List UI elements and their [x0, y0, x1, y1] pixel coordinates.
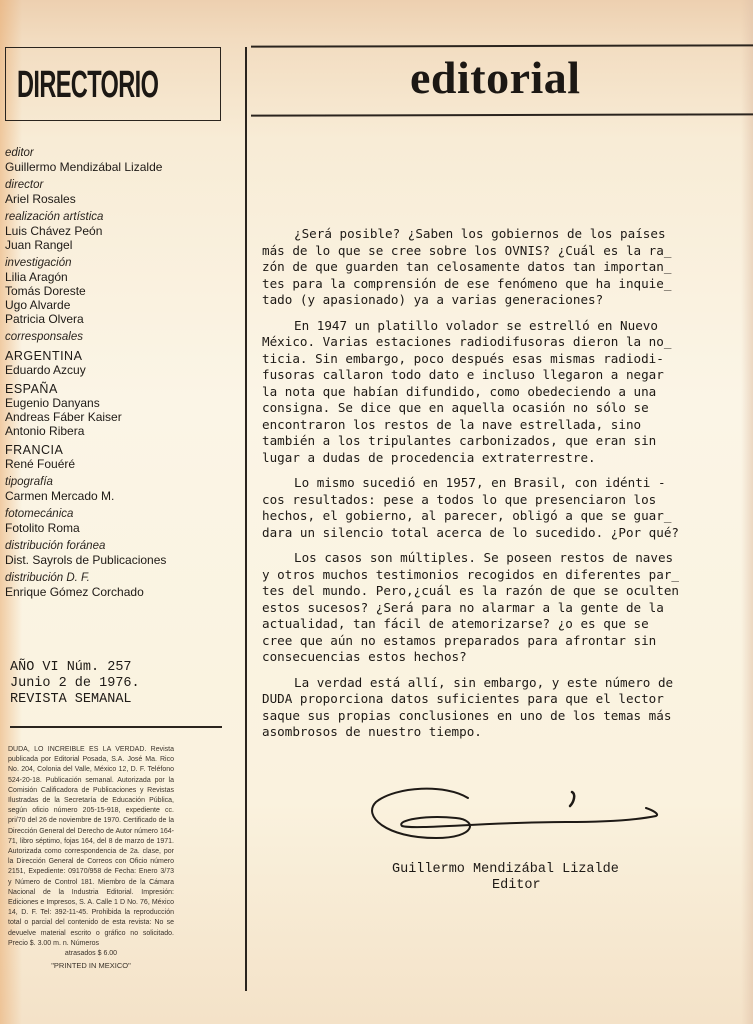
text-line: también a los tripulantes carbonizados, …: [230, 433, 722, 450]
staff-role: investigación: [5, 257, 235, 270]
staff-role: director: [5, 179, 235, 192]
staff-group: distribución foráneaDist. Sayrols de Pub…: [5, 540, 235, 567]
editorial-body: ¿Será posible? ¿Saben los gobiernos de l…: [262, 226, 722, 750]
issue-rule: [10, 726, 222, 728]
staff-name: Juan Rangel: [5, 238, 235, 252]
text-line: Los casos son múltiples. Se poseen resto…: [262, 550, 722, 567]
directorio-title: DIRECTORIO: [17, 66, 158, 104]
text-line: más de lo que se cree sobre los OVNIS? ¿…: [230, 243, 722, 260]
staff-group: investigaciónLilia AragónTomás DoresteUg…: [5, 257, 235, 326]
issue-info: AÑO VI Núm. 257 Junio 2 de 1976. REVISTA…: [10, 660, 140, 708]
signer-name: Guillermo Mendizábal Lizalde: [392, 862, 619, 878]
staff-name: Ugo Alvarde: [5, 298, 235, 312]
text-line: ticia. Sin embargo, poco después esas mi…: [230, 351, 722, 368]
editorial-top-rule: [251, 44, 753, 47]
text-line: asombrosos de nuestro tiempo.: [230, 724, 722, 741]
staff-name: Tomás Doreste: [5, 284, 235, 298]
text-line: encontraron los restos de la nave estrel…: [230, 417, 722, 434]
text-line: México. Varias estaciones radiodifusoras…: [230, 334, 722, 351]
text-line: La verdad está allí, sin embargo, y este…: [262, 675, 722, 692]
text-line: estos sucesos? ¿Será para no alarmar a l…: [230, 600, 722, 617]
staff-directory: editorGuillermo Mendizábal Lizaldedirect…: [5, 147, 235, 604]
text-line: la nota que habían difundido, como obede…: [230, 384, 722, 401]
editorial-paragraph: Los casos son múltiples. Se poseen resto…: [262, 550, 722, 666]
country-label: FRANCIA: [5, 443, 235, 457]
staff-group: ARGENTINAEduardo Azcuy: [5, 349, 235, 377]
text-line: dara un silencio total acerca de lo suce…: [230, 525, 722, 542]
editorial-bottom-rule: [251, 113, 753, 116]
text-line: ¿Será posible? ¿Saben los gobiernos de l…: [262, 226, 722, 243]
staff-role: tipografía: [5, 476, 235, 489]
staff-group: directorAriel Rosales: [5, 179, 235, 206]
issue-number: AÑO VI Núm. 257: [10, 660, 132, 675]
text-line: consigna. Se dice que en aquella ocasión…: [230, 400, 722, 417]
staff-group: distribución D. F.Enrique Gómez Corchado: [5, 572, 235, 599]
handwritten-signature-icon: [366, 780, 666, 850]
text-line: zón de que guarden tan celosamente datos…: [230, 259, 722, 276]
staff-group: realización artísticaLuis Chávez PeónJua…: [5, 211, 235, 252]
text-line: lugar a dudas de procedencia extraterres…: [230, 450, 722, 467]
staff-name: Guillermo Mendizábal Lizalde: [5, 160, 235, 174]
staff-role: distribución D. F.: [5, 572, 235, 585]
text-line: tes para la comprensión de ese fenómeno …: [230, 276, 722, 293]
text-line: cos resultados: pese a todos lo que pres…: [230, 492, 722, 509]
staff-name: Lilia Aragón: [5, 270, 235, 284]
text-line: consecuencias estos hechos?: [230, 649, 722, 666]
staff-group: editorGuillermo Mendizábal Lizalde: [5, 147, 235, 174]
text-line: Lo mismo sucedió en 1957, en Brasil, con…: [262, 475, 722, 492]
legal-text: DUDA, LO INCREIBLE ES LA VERDAD. Revista…: [8, 746, 174, 947]
staff-name: Luis Chávez Peón: [5, 224, 235, 238]
country-label: ARGENTINA: [5, 349, 235, 363]
staff-name: Fotolito Roma: [5, 521, 235, 535]
text-line: tado (y apasionado) ya a varias generaci…: [230, 292, 722, 309]
text-line: DUDA proporciona datos suficientes para …: [230, 691, 722, 708]
editorial-paragraph: En 1947 un platillo volador se estrelló …: [262, 318, 722, 467]
staff-group: fotomecánicaFotolito Roma: [5, 508, 235, 535]
text-line: y otros muchos testimonios recogidos en …: [230, 567, 722, 584]
staff-role: realización artística: [5, 211, 235, 224]
country-label: ESPAÑA: [5, 382, 235, 396]
printed-in-mexico: "PRINTED IN MEXICO": [8, 961, 174, 971]
staff-role: distribución foránea: [5, 540, 235, 553]
text-line: cree que aún no estamos preparados para …: [230, 633, 722, 650]
issue-frequency: REVISTA SEMANAL: [10, 692, 132, 707]
staff-name: Enrique Gómez Corchado: [5, 585, 235, 599]
staff-role: editor: [5, 147, 235, 160]
legal-notice: DUDA, LO INCREIBLE ES LA VERDAD. Revista…: [8, 745, 174, 971]
page-edge-shading-right: [741, 0, 753, 1024]
staff-group: tipografíaCarmen Mercado M.: [5, 476, 235, 503]
staff-name: Andreas Fáber Kaiser: [5, 410, 235, 424]
staff-name: Dist. Sayrols de Publicaciones: [5, 553, 235, 567]
staff-group: FRANCIARené Fouéré: [5, 443, 235, 471]
issue-date: Junio 2 de 1976.: [10, 676, 140, 691]
staff-name: Antonio Ribera: [5, 424, 235, 438]
legal-price-late: atrasados $ 6.00: [8, 949, 174, 959]
staff-name: Ariel Rosales: [5, 192, 235, 206]
staff-name: René Fouéré: [5, 457, 235, 471]
editorial-paragraph: Lo mismo sucedió en 1957, en Brasil, con…: [262, 475, 722, 541]
text-line: En 1947 un platillo volador se estrelló …: [262, 318, 722, 335]
staff-group: ESPAÑAEugenio DanyansAndreas Fáber Kaise…: [5, 382, 235, 438]
signer-role: Editor: [492, 878, 541, 894]
staff-name: Eduardo Azcuy: [5, 363, 235, 377]
editorial-paragraph: ¿Será posible? ¿Saben los gobiernos de l…: [262, 226, 722, 309]
text-line: hechos, el gobierno, al parecer, obligó …: [230, 508, 722, 525]
corresponsales-label: corresponsales: [5, 331, 235, 344]
staff-name: Patricia Olvera: [5, 312, 235, 326]
staff-name: Carmen Mercado M.: [5, 489, 235, 503]
text-line: actualidad, tan fácil de atemorizarse? ¿…: [230, 616, 722, 633]
text-line: fusoras callaron todo dato e incluso lle…: [230, 367, 722, 384]
editorial-title: editorial: [410, 52, 581, 104]
text-line: saque sus propias conclusiones en uno de…: [230, 708, 722, 725]
editorial-paragraph: La verdad está allí, sin embargo, y este…: [262, 675, 722, 741]
staff-name: Eugenio Danyans: [5, 396, 235, 410]
text-line: tes del mundo. Pero,¿cuál es la razón de…: [230, 583, 722, 600]
staff-role: fotomecánica: [5, 508, 235, 521]
